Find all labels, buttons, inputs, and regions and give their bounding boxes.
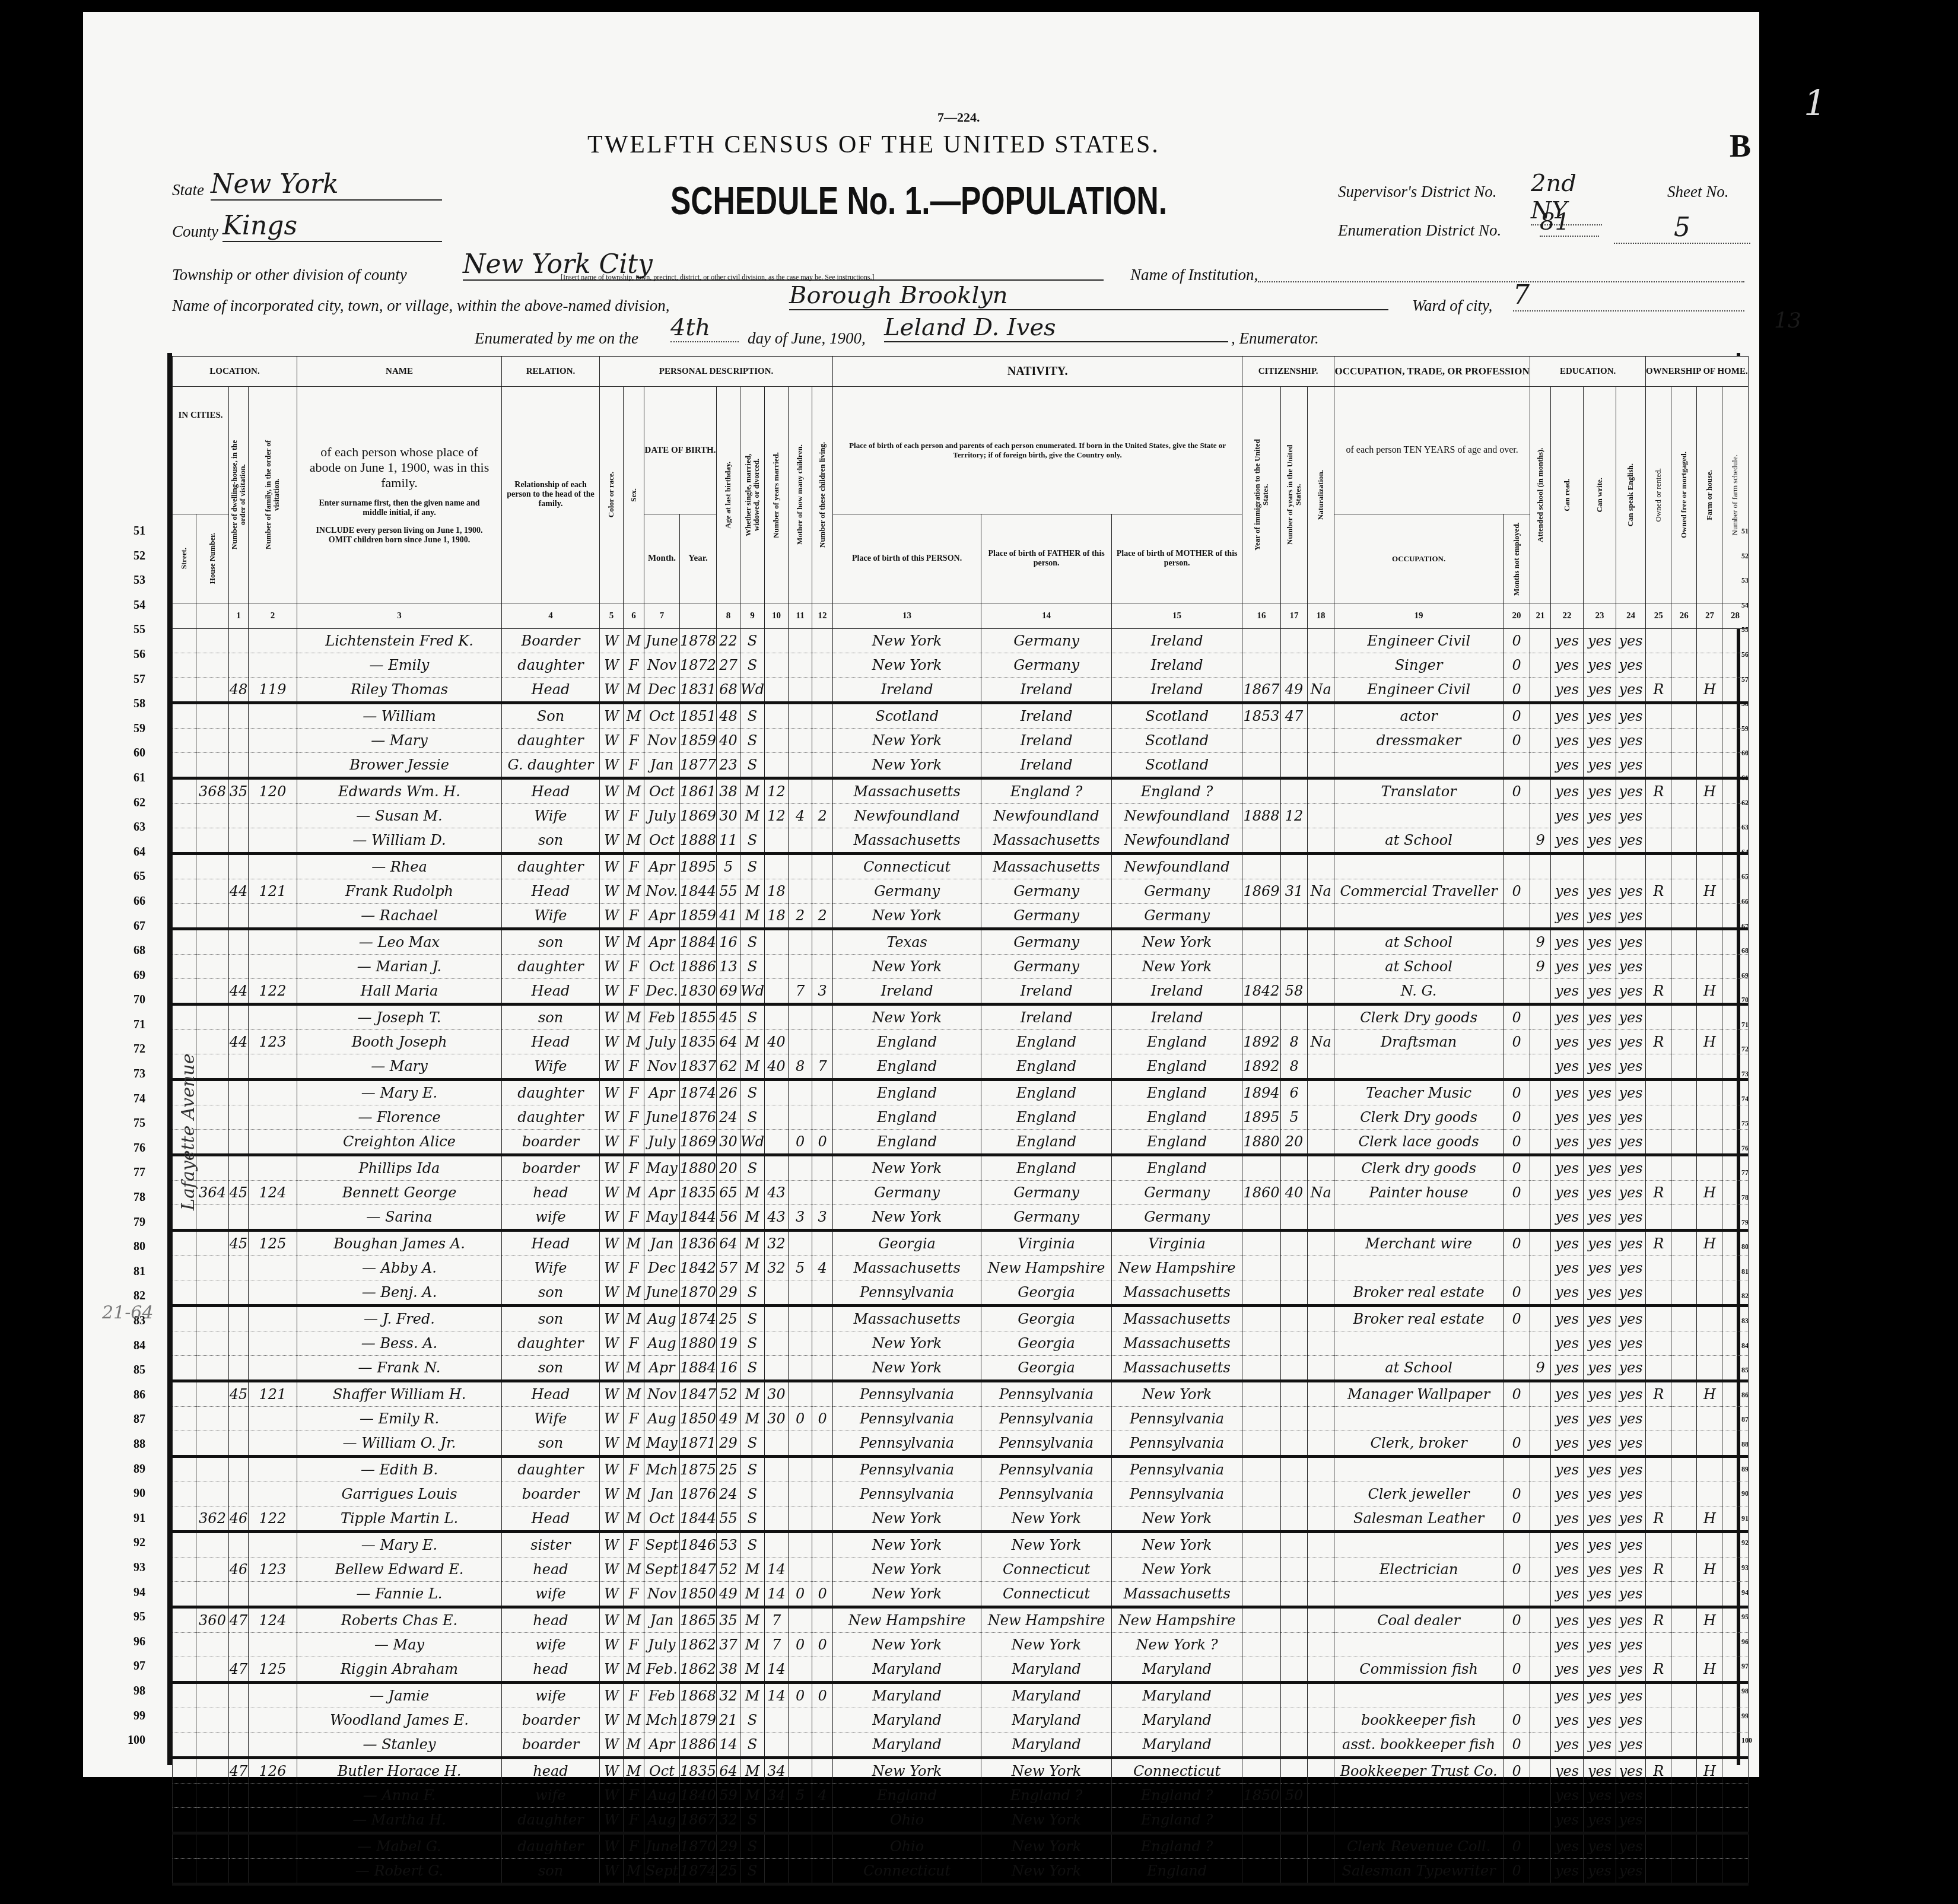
cell-relation: daughter <box>502 653 600 678</box>
cell-nat <box>1308 828 1334 854</box>
cell-name: Tipple Martin L. <box>297 1506 502 1532</box>
cell-father: England ? <box>981 778 1112 804</box>
cell-dwelling: 45 <box>229 1381 249 1407</box>
cell-marital: M <box>740 1231 765 1256</box>
cell-yrs-married <box>765 1532 789 1557</box>
cell-house <box>196 1657 229 1683</box>
cell-write: yes <box>1584 1582 1616 1607</box>
cell-family <box>249 1356 297 1381</box>
cell-school <box>1530 1181 1551 1205</box>
cell-months-unemp <box>1504 854 1530 879</box>
cell-months-unemp: 0 <box>1504 1557 1530 1582</box>
cell-owned <box>1646 1105 1671 1130</box>
table-row: — MarydaughterWFNov185940SNew YorkIrelan… <box>173 729 1749 753</box>
cell-sex: F <box>624 854 644 879</box>
cell-mother: Massachusetts <box>1112 1356 1242 1381</box>
cell-english: yes <box>1616 1683 1646 1708</box>
cell-english: yes <box>1616 1381 1646 1407</box>
cell-imm <box>1242 1005 1281 1030</box>
table-row: Woodland James E.boarderWMMch187921SMary… <box>173 1708 1749 1733</box>
cell-name: — Joseph T. <box>297 1005 502 1030</box>
cell-imm <box>1242 1431 1281 1457</box>
line-number: 95 <box>1741 1605 1758 1630</box>
cell-write: yes <box>1584 678 1616 703</box>
cell-imm <box>1242 1557 1281 1582</box>
cell-year: 1835 <box>680 1758 717 1784</box>
cell-dwelling <box>229 1331 249 1356</box>
cell-school <box>1530 1256 1551 1280</box>
cell-free <box>1671 1683 1697 1708</box>
cell-farm <box>1697 703 1722 729</box>
cell-mother-of <box>789 1657 812 1683</box>
cell-family <box>249 1708 297 1733</box>
cell-read: yes <box>1551 1683 1584 1708</box>
cell-street <box>173 904 196 929</box>
cell-color: W <box>600 879 624 904</box>
cell-month: Apr <box>644 1080 680 1105</box>
cell-living: 2 <box>812 904 833 929</box>
cell-owned <box>1646 1532 1671 1557</box>
header-family-number: Number of family, in the order of visita… <box>264 438 281 551</box>
cell-age: 52 <box>717 1381 740 1407</box>
cell-read: yes <box>1551 1657 1584 1683</box>
cell-family <box>249 703 297 729</box>
column-number: 19 <box>1334 603 1504 629</box>
enumerated-line: Enumerated by me on the 4th day of June,… <box>475 329 1483 348</box>
cell-year: 1862 <box>680 1657 717 1683</box>
cell-yrs-married: 7 <box>765 1633 789 1657</box>
table-row: 45125Boughan James A.HeadWMJan183664M32G… <box>173 1231 1749 1256</box>
cell-name: — Susan M. <box>297 804 502 828</box>
cell-mother: Ireland <box>1112 1005 1242 1030</box>
supervisor-district-label: Supervisor's District No. <box>1338 183 1497 201</box>
cell-nat <box>1308 729 1334 753</box>
cell-read: yes <box>1551 703 1584 729</box>
cell-month: Nov <box>644 653 680 678</box>
cell-english: yes <box>1616 1733 1646 1758</box>
cell-free <box>1671 703 1697 729</box>
cell-mother-of: 0 <box>789 1130 812 1155</box>
line-number: 79 <box>1741 1210 1758 1235</box>
column-number: 16 <box>1242 603 1281 629</box>
header-name-description: of each person whose place of abode on J… <box>297 387 502 603</box>
cell-month: Aug <box>644 1407 680 1431</box>
cell-farm <box>1697 1080 1722 1105</box>
cell-read: yes <box>1551 1181 1584 1205</box>
cell-yrs-us: 50 <box>1281 1784 1308 1808</box>
cell-sex: M <box>624 629 644 653</box>
cell-owned <box>1646 1708 1671 1733</box>
cell-imm <box>1242 653 1281 678</box>
cell-living <box>812 1557 833 1582</box>
line-number: 65 <box>104 864 145 889</box>
cell-month: Nov <box>644 1054 680 1080</box>
cell-yrs-us: 47 <box>1281 703 1308 729</box>
cell-year: 1870 <box>680 1833 717 1859</box>
cell-occupation: actor <box>1334 703 1504 729</box>
cell-year: 1862 <box>680 1633 717 1657</box>
cell-living <box>812 629 833 653</box>
cell-yrs-married <box>765 1155 789 1181</box>
cell-marital: S <box>740 653 765 678</box>
cell-mother: Massachusetts <box>1112 1331 1242 1356</box>
cell-family <box>249 804 297 828</box>
cell-family <box>249 1784 297 1808</box>
cell-birth: England <box>833 1080 981 1105</box>
state-label: State <box>172 181 204 199</box>
cell-mother: Scotland <box>1112 703 1242 729</box>
cell-owned <box>1646 1683 1671 1708</box>
cell-nat: Na <box>1308 1030 1334 1054</box>
cell-family: 123 <box>249 1030 297 1054</box>
cell-street <box>173 854 196 879</box>
cell-yrs-married <box>765 1733 789 1758</box>
cell-name: — William D. <box>297 828 502 854</box>
cell-year: 1844 <box>680 1506 717 1532</box>
cell-house <box>196 1331 229 1356</box>
cell-father: Virginia <box>981 1231 1112 1256</box>
cell-months-unemp <box>1504 1205 1530 1231</box>
cell-color: W <box>600 1657 624 1683</box>
cell-month: Oct <box>644 828 680 854</box>
table-row: 36445124Bennett GeorgeheadWMApr183565M43… <box>173 1181 1749 1205</box>
cell-sched <box>1722 1859 1748 1884</box>
enumerated-day: 4th <box>670 314 739 342</box>
cell-nat <box>1308 1331 1334 1356</box>
line-number: 77 <box>104 1161 145 1185</box>
cell-farm <box>1697 1256 1722 1280</box>
cell-relation: boarder <box>502 1130 600 1155</box>
table-row: — WilliamSonWMOct185148SScotlandIrelandS… <box>173 703 1749 729</box>
cell-occupation: at School <box>1334 828 1504 854</box>
cell-birth: New Hampshire <box>833 1607 981 1633</box>
cell-mother-of: 0 <box>789 1633 812 1657</box>
cell-relation: Wife <box>502 1054 600 1080</box>
cell-nat <box>1308 1758 1334 1784</box>
cell-owned <box>1646 729 1671 753</box>
table-row: — J. Fred.sonWMAug187425SMassachusettsGe… <box>173 1306 1749 1331</box>
cell-family <box>249 904 297 929</box>
cell-mother-of <box>789 1833 812 1859</box>
line-number: 79 <box>104 1210 145 1235</box>
cell-months-unemp <box>1504 1407 1530 1431</box>
cell-farm: H <box>1697 778 1722 804</box>
cell-name: — Anna F. <box>297 1784 502 1808</box>
cell-school <box>1530 1657 1551 1683</box>
cell-color: W <box>600 1407 624 1431</box>
cell-color: W <box>600 1080 624 1105</box>
cell-mother: Massachusetts <box>1112 1582 1242 1607</box>
cell-age: 29 <box>717 1833 740 1859</box>
table-row: 36246122Tipple Martin L.HeadWMOct184455S… <box>173 1506 1749 1532</box>
cell-read: yes <box>1551 1130 1584 1155</box>
cell-yrs-married <box>765 955 789 979</box>
cell-read: yes <box>1551 1482 1584 1506</box>
cell-house <box>196 804 229 828</box>
cell-birth: England <box>833 1054 981 1080</box>
cell-color: W <box>600 1557 624 1582</box>
cell-free <box>1671 1005 1697 1030</box>
line-number: 93 <box>104 1556 145 1581</box>
cell-write: yes <box>1584 1733 1616 1758</box>
cell-dwelling: 47 <box>229 1607 249 1633</box>
cell-relation: son <box>502 828 600 854</box>
cell-school <box>1530 1482 1551 1506</box>
line-numbers-right: 5152535455565758596061626364656667686970… <box>1741 519 1758 1753</box>
cell-family <box>249 1080 297 1105</box>
cell-birth: Connecticut <box>833 854 981 879</box>
cell-living <box>812 1306 833 1331</box>
cell-birth: Germany <box>833 879 981 904</box>
cell-house <box>196 1532 229 1557</box>
cell-imm <box>1242 729 1281 753</box>
cell-mother: Maryland <box>1112 1733 1242 1758</box>
cell-name: — Florence <box>297 1105 502 1130</box>
cell-name: — Frank N. <box>297 1356 502 1381</box>
cell-marital: M <box>740 1607 765 1633</box>
cell-house <box>196 828 229 854</box>
cell-months-unemp: 0 <box>1504 1105 1530 1130</box>
cell-months-unemp: 0 <box>1504 1030 1530 1054</box>
cell-english: yes <box>1616 1859 1646 1884</box>
cell-sex: F <box>624 653 644 678</box>
header-in-cities: IN CITIES. <box>173 387 229 514</box>
cell-relation: son <box>502 1356 600 1381</box>
cell-dwelling <box>229 1155 249 1181</box>
cell-owned: R <box>1646 1506 1671 1532</box>
cell-farm <box>1697 1733 1722 1758</box>
cell-birth: England <box>833 1784 981 1808</box>
cell-mother-of: 7 <box>789 979 812 1005</box>
cell-free <box>1671 1733 1697 1758</box>
ward-value: 7 <box>1513 280 1744 311</box>
cell-imm: 1867 <box>1242 678 1281 703</box>
cell-write: yes <box>1584 1683 1616 1708</box>
cell-age: 59 <box>717 1784 740 1808</box>
cell-street <box>173 1833 196 1859</box>
cell-color: W <box>600 1054 624 1080</box>
cell-free <box>1671 1833 1697 1859</box>
cell-farm <box>1697 1130 1722 1155</box>
cell-occupation: dressmaker <box>1334 729 1504 753</box>
cell-owned <box>1646 1457 1671 1482</box>
cell-name: — Martha H. <box>297 1808 502 1833</box>
population-rows: Lichtenstein Fred K.BoarderWMJune187822S… <box>173 629 1749 1884</box>
cell-color: W <box>600 1582 624 1607</box>
header-farm-house: Farm or house. <box>1705 470 1714 520</box>
cell-birth: Connecticut <box>833 1859 981 1884</box>
header-owned-rented: Owned or rented. <box>1654 468 1663 522</box>
cell-nat <box>1308 1005 1334 1030</box>
cell-name: — William O. Jr. <box>297 1431 502 1457</box>
cell-read: yes <box>1551 1758 1584 1784</box>
cell-house <box>196 1407 229 1431</box>
cell-age: 30 <box>717 1130 740 1155</box>
cell-english: yes <box>1616 1758 1646 1784</box>
cell-month: Nov <box>644 1582 680 1607</box>
cell-name: — Mary E. <box>297 1080 502 1105</box>
cell-marital: S <box>740 1708 765 1733</box>
cell-farm <box>1697 729 1722 753</box>
cell-yrs-us <box>1281 1482 1308 1506</box>
cell-mother-of <box>789 879 812 904</box>
cell-mother-of <box>789 1005 812 1030</box>
cell-read: yes <box>1551 929 1584 955</box>
cell-read: yes <box>1551 1280 1584 1306</box>
cell-farm <box>1697 1833 1722 1859</box>
header-location: LOCATION. <box>173 357 297 387</box>
cell-father: New York <box>981 1506 1112 1532</box>
cell-farm <box>1697 854 1722 879</box>
cell-yrs-us <box>1281 1859 1308 1884</box>
cell-father: England <box>981 1080 1112 1105</box>
cell-occupation: at School <box>1334 929 1504 955</box>
cell-dwelling <box>229 629 249 653</box>
cell-read: yes <box>1551 828 1584 854</box>
cell-family <box>249 1155 297 1181</box>
table-row: — Edith B.daughterWFMch187525SPennsylvan… <box>173 1457 1749 1482</box>
table-row: Brower JessieG. daughterWFJan187723SNew … <box>173 753 1749 778</box>
cell-year: 1884 <box>680 929 717 955</box>
cell-dwelling: 47 <box>229 1758 249 1784</box>
cell-family: 125 <box>249 1231 297 1256</box>
cell-month: Apr <box>644 854 680 879</box>
cell-owned: R <box>1646 979 1671 1005</box>
table-row: — EmilydaughterWFNov187227SNew YorkGerma… <box>173 653 1749 678</box>
cell-name: Boughan James A. <box>297 1231 502 1256</box>
cell-free <box>1671 1256 1697 1280</box>
cell-imm: 1892 <box>1242 1054 1281 1080</box>
cell-sex: F <box>624 1457 644 1482</box>
cell-birth: England <box>833 1130 981 1155</box>
cell-house <box>196 1130 229 1155</box>
cell-yrs-us <box>1281 1457 1308 1482</box>
cell-color: W <box>600 1683 624 1708</box>
cell-yrs-us <box>1281 1407 1308 1431</box>
cell-living: 7 <box>812 1054 833 1080</box>
cell-color: W <box>600 1784 624 1808</box>
cell-write: yes <box>1584 1784 1616 1808</box>
cell-owned <box>1646 854 1671 879</box>
cell-sex: M <box>624 778 644 804</box>
cell-year: 1850 <box>680 1407 717 1431</box>
cell-year: 1844 <box>680 1205 717 1231</box>
township-note: [Insert name of township, town, precinct… <box>561 273 875 282</box>
cell-owned: R <box>1646 1181 1671 1205</box>
cell-yrs-married: 32 <box>765 1256 789 1280</box>
line-number: 86 <box>104 1383 145 1408</box>
cell-english: yes <box>1616 1155 1646 1181</box>
cell-house <box>196 1231 229 1256</box>
cell-mother: Newfoundland <box>1112 828 1242 854</box>
cell-months-unemp <box>1504 979 1530 1005</box>
cell-yrs-married <box>765 979 789 1005</box>
cell-month: Apr <box>644 1733 680 1758</box>
cell-father: Germany <box>981 1205 1112 1231</box>
header-years-married: Number of years married. <box>772 452 780 538</box>
cell-marital: S <box>740 1280 765 1306</box>
cell-age: 25 <box>717 1859 740 1884</box>
cell-family <box>249 929 297 955</box>
cell-marital: S <box>740 629 765 653</box>
cell-yrs-us: 31 <box>1281 879 1308 904</box>
cell-owned <box>1646 955 1671 979</box>
column-number: 1 <box>229 603 249 629</box>
cell-street <box>173 1331 196 1356</box>
cell-age: 27 <box>717 653 740 678</box>
cell-school <box>1530 1080 1551 1105</box>
cell-birth: Pennsylvania <box>833 1482 981 1506</box>
cell-father: Georgia <box>981 1280 1112 1306</box>
cell-english: yes <box>1616 753 1646 778</box>
cell-month: Dec <box>644 678 680 703</box>
cell-mother: Virginia <box>1112 1231 1242 1256</box>
cell-school <box>1530 629 1551 653</box>
cell-free <box>1671 1181 1697 1205</box>
cell-farm <box>1697 1105 1722 1130</box>
line-number: 55 <box>1741 618 1758 643</box>
cell-age: 68 <box>717 678 740 703</box>
cell-mother-of <box>789 1431 812 1457</box>
line-number: 80 <box>104 1235 145 1260</box>
table-row: — Abby A.WifeWFDec184257M3254Massachuset… <box>173 1256 1749 1280</box>
cell-write <box>1584 854 1616 879</box>
cell-school <box>1530 1331 1551 1356</box>
cell-imm <box>1242 1256 1281 1280</box>
cell-marital: M <box>740 1657 765 1683</box>
cell-dwelling <box>229 1280 249 1306</box>
cell-school <box>1530 1859 1551 1884</box>
line-number: 66 <box>104 889 145 914</box>
cell-name: Frank Rudolph <box>297 879 502 904</box>
cell-imm: 1888 <box>1242 804 1281 828</box>
cell-dwelling <box>229 1582 249 1607</box>
cell-occupation <box>1334 1532 1504 1557</box>
cell-dwelling <box>229 729 249 753</box>
cell-mother: Pennsylvania <box>1112 1482 1242 1506</box>
cell-father: Connecticut <box>981 1557 1112 1582</box>
cell-year: 1884 <box>680 1356 717 1381</box>
cell-street <box>173 1683 196 1708</box>
cell-living <box>812 1181 833 1205</box>
cell-sex: M <box>624 678 644 703</box>
cell-yrs-married: 14 <box>765 1582 789 1607</box>
cell-street <box>173 1758 196 1784</box>
cell-owned <box>1646 929 1671 955</box>
cell-birth: Pennsylvania <box>833 1431 981 1457</box>
cell-street <box>173 929 196 955</box>
cell-family: 119 <box>249 678 297 703</box>
column-number: 4 <box>502 603 600 629</box>
cell-farm <box>1697 1482 1722 1506</box>
cell-age: 35 <box>717 1607 740 1633</box>
county-field: County Kings <box>172 222 445 241</box>
cell-marital: M <box>740 1633 765 1657</box>
cell-free <box>1671 979 1697 1005</box>
cell-owned <box>1646 1356 1671 1381</box>
cell-school <box>1530 1506 1551 1532</box>
header-citizenship: CITIZENSHIP. <box>1242 357 1334 387</box>
cell-english: yes <box>1616 1582 1646 1607</box>
cell-marital: S <box>740 729 765 753</box>
cell-dwelling: 44 <box>229 979 249 1005</box>
cell-yrs-married: 14 <box>765 1683 789 1708</box>
table-row: 47126Butler Horace H.headWMOct183564M34N… <box>173 1758 1749 1784</box>
cell-nat <box>1308 1482 1334 1506</box>
cell-street <box>173 1457 196 1482</box>
cell-living <box>812 1030 833 1054</box>
cell-color: W <box>600 1381 624 1407</box>
